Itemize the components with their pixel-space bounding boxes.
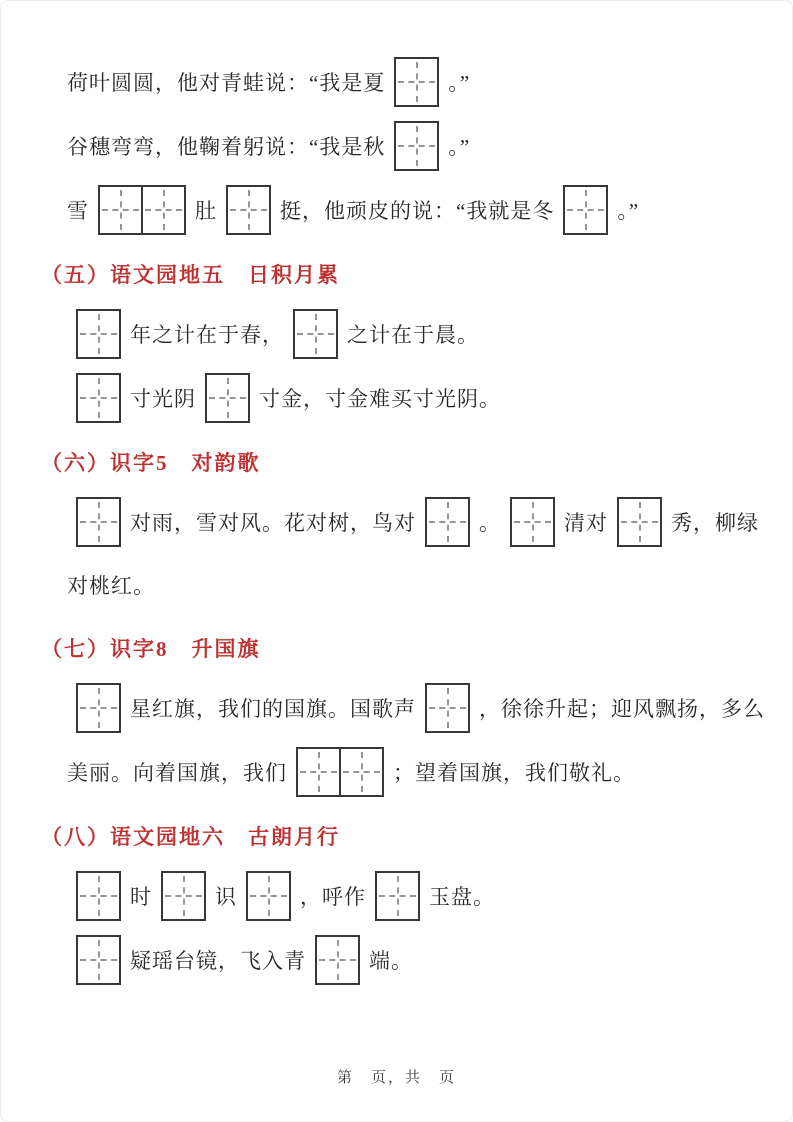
line-text: 。” [448,131,470,161]
practice-grid-cell [317,937,358,983]
answer-box[interactable] [76,683,121,733]
practice-grid-cell [141,187,184,233]
document-body: 荷叶圆圆，他对青蛙说：“我是夏。”谷穗弯弯，他鞠着躬说：“我是秋。”雪肚挺，他顽… [1,1,792,985]
line-text: 识 [215,881,237,911]
line-text: 玉盘。 [429,881,495,911]
practice-grid-cell [396,59,437,105]
answer-box[interactable] [425,497,470,547]
line-text: 疑瑶台镜，飞入青 [130,945,306,975]
line-text: 之计在于晨。 [347,319,479,349]
line-text: 端。 [369,945,413,975]
answer-box[interactable] [76,373,121,423]
practice-grid-cell [427,499,468,545]
practice-grid-cell [396,123,437,169]
answer-box[interactable] [76,497,121,547]
answer-box[interactable] [375,871,420,921]
practice-grid-cell [163,873,204,919]
practice-grid-cell [78,375,119,421]
answer-box[interactable] [76,935,121,985]
practice-grid-cell [565,187,606,233]
line-text: ，徐徐升起；迎风飘扬，多么 [479,693,765,723]
line-text: 。 [479,507,501,537]
line-text: 肚 [195,195,217,225]
section-header: （五）语文园地五 日积月累 [41,259,772,289]
practice-grid-cell [619,499,660,545]
answer-box[interactable] [563,185,608,235]
answer-box[interactable] [394,57,439,107]
line-text: 对桃红。 [67,570,155,600]
answer-box[interactable] [76,871,121,921]
line-text: 时 [130,881,152,911]
text-line: 美丽。向着国旗，我们；望着国旗，我们敬礼。 [67,747,772,797]
practice-grid-cell [427,685,468,731]
practice-grid-cell [248,873,289,919]
answer-box[interactable] [205,373,250,423]
practice-grid-cell [100,187,141,233]
text-line: 寸光阴寸金，寸金难买寸光阴。 [67,373,772,423]
worksheet-page: 荷叶圆圆，他对青蛙说：“我是夏。”谷穗弯弯，他鞠着躬说：“我是秋。”雪肚挺，他顽… [0,0,793,1122]
text-line: 谷穗弯弯，他鞠着躬说：“我是秋。” [67,121,772,171]
line-text: 清对 [564,507,608,537]
practice-grid-cell [78,937,119,983]
line-text: 寸金，寸金难买寸光阴。 [259,383,501,413]
text-line: 星红旗，我们的国旗。国歌声，徐徐升起；迎风飘扬，多么 [67,683,772,733]
answer-box[interactable] [315,935,360,985]
line-text: ；望着国旗，我们敬礼。 [393,757,635,787]
practice-grid-cell [377,873,418,919]
text-line: 时识，呼作玉盘。 [67,871,772,921]
text-line: 雪肚挺，他顽皮的说：“我就是冬。” [67,185,772,235]
practice-grid-cell [298,749,339,795]
page-footer: 第 页，共 页 [1,1066,792,1087]
practice-grid-cell [78,685,119,731]
line-text: 挺，他顽皮的说：“我就是冬 [280,195,554,225]
text-line: 对桃红。 [67,561,772,609]
line-text: 美丽。向着国旗，我们 [67,757,287,787]
text-line: 对雨，雪对风。花对树，鸟对。清对秀，柳绿 [67,497,772,547]
practice-grid-cell [228,187,269,233]
line-text: 年之计在于春， [130,319,284,349]
line-text: 寸光阴 [130,383,196,413]
answer-box-double[interactable] [296,747,384,797]
practice-grid-cell [339,749,382,795]
practice-grid-cell [295,311,336,357]
answer-box[interactable] [425,683,470,733]
answer-box[interactable] [246,871,291,921]
section-header: （七）识字8 升国旗 [41,633,772,663]
line-text: 对雨，雪对风。花对树，鸟对 [130,507,416,537]
text-line: 疑瑶台镜，飞入青端。 [67,935,772,985]
line-text: 星红旗，我们的国旗。国歌声 [130,693,416,723]
practice-grid-cell [78,311,119,357]
section-header: （六）识字5 对韵歌 [41,447,772,477]
practice-grid-cell [512,499,553,545]
section-header: （八）语文园地六 古朗月行 [41,821,772,851]
text-line: 年之计在于春，之计在于晨。 [67,309,772,359]
practice-grid-cell [207,375,248,421]
line-text: 雪 [67,195,89,225]
line-text: 谷穗弯弯，他鞠着躬说：“我是秋 [67,131,385,161]
practice-grid-cell [78,499,119,545]
answer-box[interactable] [226,185,271,235]
answer-box[interactable] [161,871,206,921]
text-line: 荷叶圆圆，他对青蛙说：“我是夏。” [67,57,772,107]
answer-box[interactable] [293,309,338,359]
line-text: ，呼作 [300,881,366,911]
answer-box[interactable] [76,309,121,359]
answer-box-double[interactable] [98,185,186,235]
line-text: 。” [617,195,639,225]
line-text: 荷叶圆圆，他对青蛙说：“我是夏 [67,67,385,97]
answer-box[interactable] [617,497,662,547]
answer-box[interactable] [394,121,439,171]
answer-box[interactable] [510,497,555,547]
practice-grid-cell [78,873,119,919]
line-text: 秀，柳绿 [671,507,759,537]
line-text: 。” [448,67,470,97]
